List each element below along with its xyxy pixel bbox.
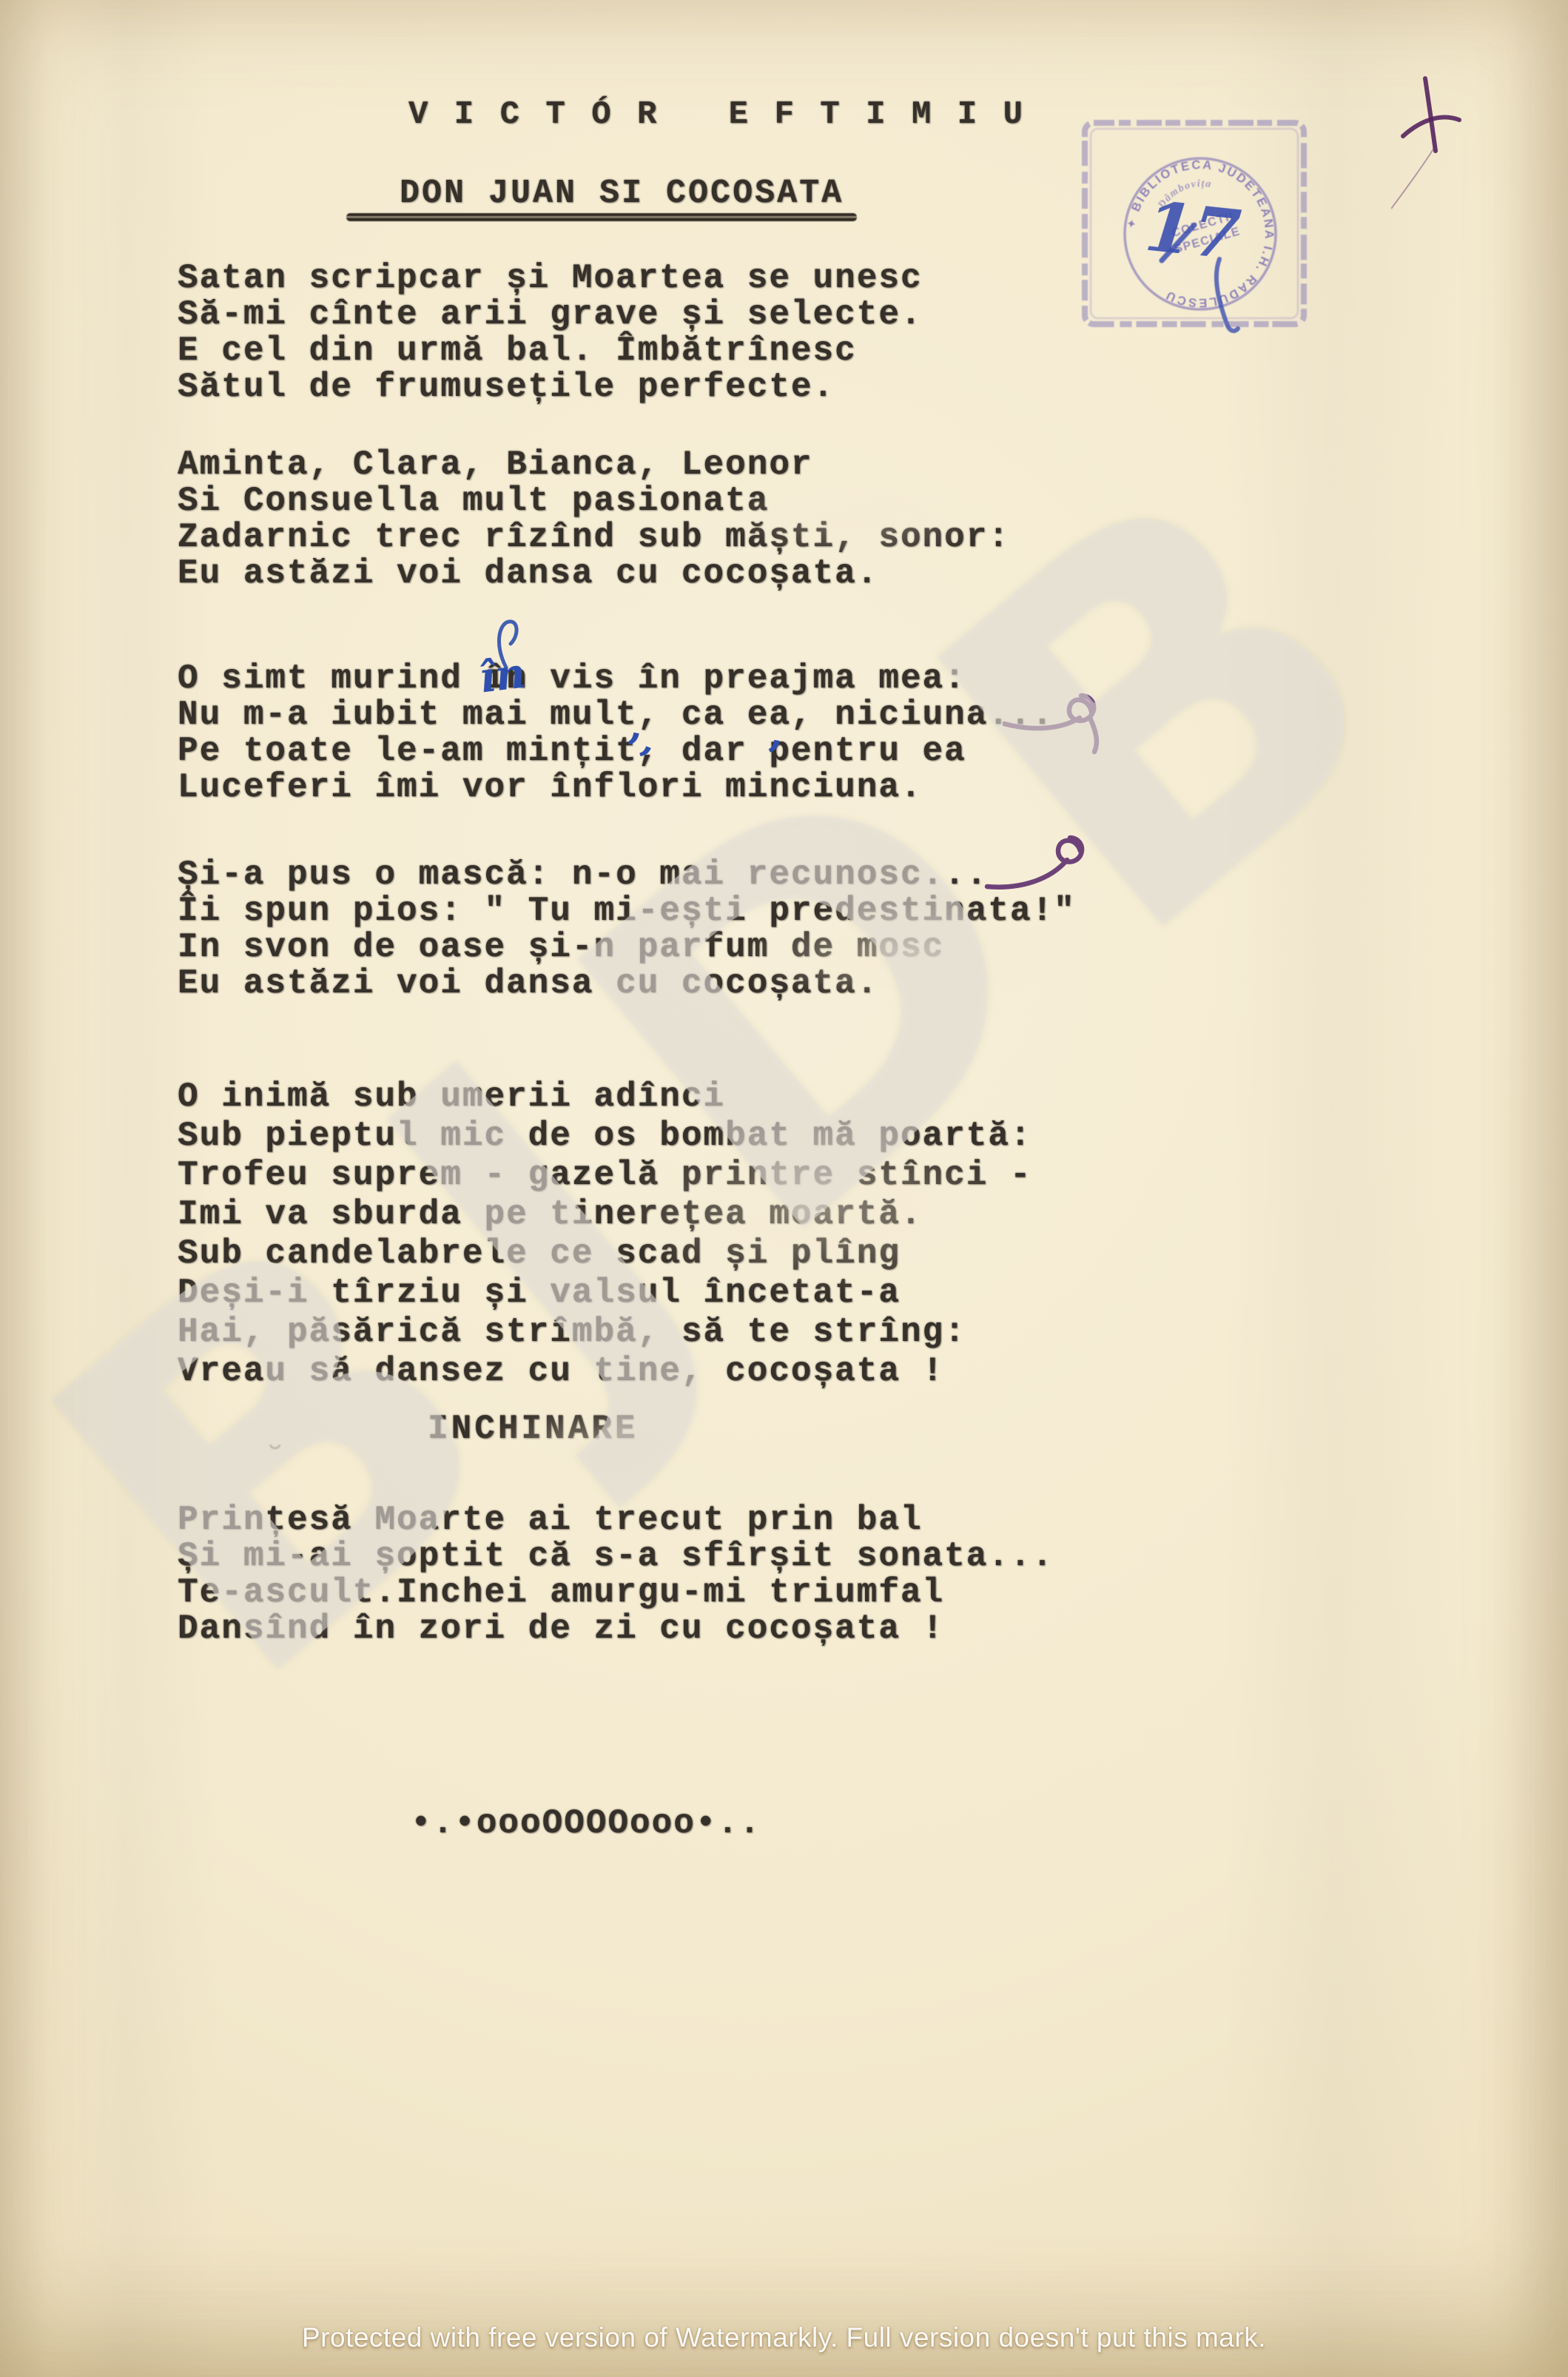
end-ornament: •.•oooOOOOooo•.. — [411, 1804, 761, 1843]
poem-line: Și mi-ai șoptit că s-a sfîrșit sonata... — [178, 1539, 1054, 1575]
watermark-notice: Protected with free version of Watermark… — [0, 2322, 1568, 2353]
dedication-heading: INCHINARE — [428, 1410, 638, 1448]
poem-line: Zadarnic trec rîzînd sub măști, sonor: — [178, 520, 1010, 556]
poem-line: Și-a pus o mască: n-o mai recunosc... — [178, 857, 1076, 893]
stanza-6: Prințesă Moarte ai trecut prin bal Și mi… — [178, 1502, 1054, 1647]
poem-line: Aminta, Clara, Bianca, Leonor — [178, 447, 1010, 483]
poem-line: O inimă sub umerii adînci — [178, 1077, 1032, 1117]
x-mark — [1391, 74, 1480, 215]
poem-line: Trofeu suprem - gazelă printre stînci - — [178, 1156, 1032, 1195]
stanza-4: Și-a pus o mască: n-o mai recunosc... Îi… — [178, 857, 1076, 1002]
title-underline — [346, 213, 857, 221]
handwritten-inventory-number: 17 — [1142, 186, 1245, 276]
poem-line: Satan scripcar și Moartea se unesc — [178, 260, 923, 297]
poem-line: In svon de oase și-n parfum de mosc — [178, 929, 1076, 966]
poem-line: Te-ascult.Inchei amurgu-mi triumfal — [178, 1575, 1054, 1611]
poem-line: Deși-i tîrziu și valsul încetat-a — [178, 1274, 1032, 1313]
poem-line: Sătul de frumusețile perfecte. — [178, 369, 923, 406]
poem-line: Hai, păsărică strîmbă, să te strîng: — [178, 1313, 1032, 1352]
poem-line: Să-mi cînte arii grave și selecte. — [178, 297, 923, 333]
stanza-1: Satan scripcar și Moartea se unesc Să-mi… — [178, 260, 923, 406]
author-title: V I C T Ó R E F T I M I U — [408, 96, 1026, 133]
poem-line: Sub candelabrele ce scad și plîng — [178, 1234, 1032, 1274]
stanza-5: O inimă sub umerii adînci Sub pieptul mi… — [178, 1077, 1032, 1391]
poem-line: Sub pieptul mic de os bombat mă poartă: — [178, 1117, 1032, 1156]
poem-line: Îi spun pios: " Tu mi-ești predestinata!… — [178, 893, 1076, 929]
poem-line: Pe toate le-am mințit, dar pentru ea — [178, 733, 1054, 770]
poem-line: O simt murind în vis în preajma mea: — [178, 661, 1054, 697]
poem-line: Dansînd în zori de zi cu cocoșata ! — [178, 1611, 1054, 1647]
poem-line: Si Consuella mult pasionata — [178, 483, 1010, 520]
poem-line: E cel din urmă bal. Îmbătrînesc — [178, 333, 923, 369]
stanza-3: O simt murind în vis în preajma mea: Nu … — [178, 661, 1054, 806]
poem-line: Nu m-a iubit mai mult, ca ea, niciuna... — [178, 697, 1054, 733]
poem-line: Eu astăzi voi dansa cu cocoșata. — [178, 556, 1010, 592]
poem-line: Imi va sburda pe tinerețea moartă. — [178, 1195, 1032, 1234]
scanned-typescript-page: V I C T Ó R E F T I M I U DON JUAN SI CO… — [0, 0, 1568, 2377]
poem-title: DON JUAN SI COCOSATA — [400, 175, 844, 212]
handwritten-inserted-word: în — [477, 648, 528, 702]
poem-line: Luceferi îmi vor înflori minciuna. — [178, 770, 1054, 806]
stanza-2: Aminta, Clara, Bianca, Leonor Si Consuel… — [178, 447, 1010, 592]
poem-line: Prințesă Moarte ai trecut prin bal — [178, 1502, 1054, 1539]
poem-line: Eu astăzi voi dansa cu cocoșata. — [178, 966, 1076, 1002]
stray-breve-mark: ˘ — [263, 1440, 286, 1484]
poem-line: Vreau să dansez cu tine, cocoșata ! — [178, 1352, 1032, 1391]
